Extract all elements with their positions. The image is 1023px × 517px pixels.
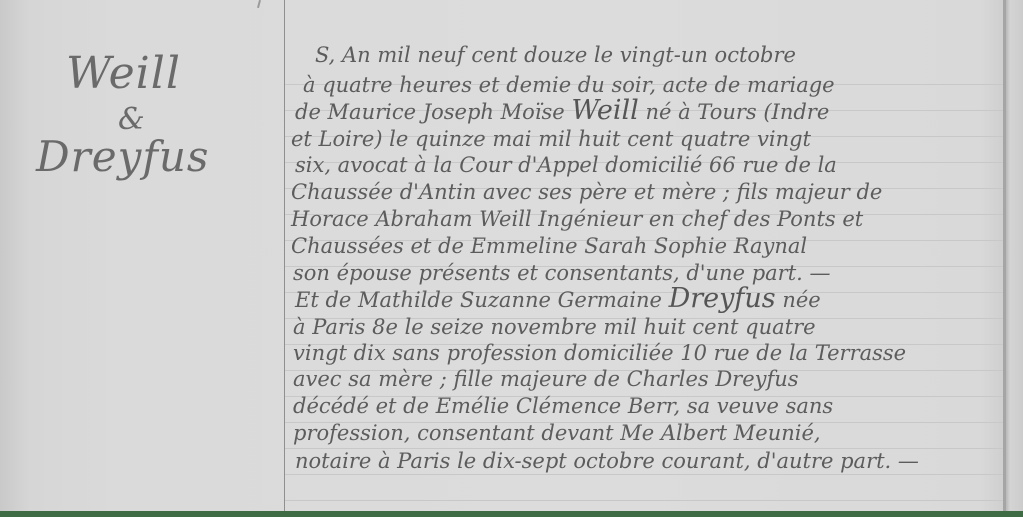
entry-line-15: profession, consentant devant Me Albert … [293, 420, 821, 446]
entry-line-12: vingt dix sans profession domiciliée 10 … [293, 340, 906, 366]
entry-line-6: Chaussée d'Antin avec ses père et mère ;… [291, 179, 882, 205]
entry-line-8: Chaussées et de Emmeline Sarah Sophie Ra… [291, 233, 807, 259]
entry-line-5: six, avocat à la Cour d'Appel domicilié … [295, 152, 837, 178]
entry-line-1: S, An mil neuf cent douze le vingt-un oc… [315, 42, 796, 68]
margin-rule-line [284, 0, 285, 511]
entry-number-mark: S, [315, 43, 335, 67]
register-page-scan: Weill & Dreyfus S, An mil neuf cent douz… [0, 0, 1023, 511]
bride-name-highlight: Dreyfus [669, 283, 776, 314]
entry-line-14: décédé et de Emélie Clémence Berr, sa ve… [293, 393, 833, 419]
ruled-line [285, 500, 1003, 501]
ruled-line [285, 474, 1003, 475]
entry-line-16: notaire à Paris le dix-sept octobre cour… [295, 448, 919, 474]
page-binding-edge [1003, 0, 1006, 511]
entry-line-4: et Loire) le quinze mai mil huit cent qu… [291, 126, 811, 152]
entry-line-11: à Paris 8e le seize novembre mil huit ce… [293, 314, 816, 340]
ink-mark [257, 0, 261, 8]
document-viewer: Weill & Dreyfus S, An mil neuf cent douz… [0, 0, 1023, 517]
bride-surname: Dreyfus [36, 132, 209, 181]
entry-line-7: Horace Abraham Weill Ingénieur en chef d… [291, 206, 863, 232]
groom-surname: Weill [66, 48, 181, 99]
viewer-bottom-bar [0, 511, 1023, 517]
entry-line-10: Et de Mathilde Suzanne Germaine Dreyfus … [295, 286, 821, 313]
entry-line-3: de Maurice Joseph Moïse Weill né à Tours… [295, 98, 829, 125]
entry-line-13: avec sa mère ; fille majeure de Charles … [293, 366, 799, 392]
entry-line-2: à quatre heures et demie du soir, acte d… [303, 72, 835, 98]
groom-name-highlight: Weill [571, 95, 638, 126]
